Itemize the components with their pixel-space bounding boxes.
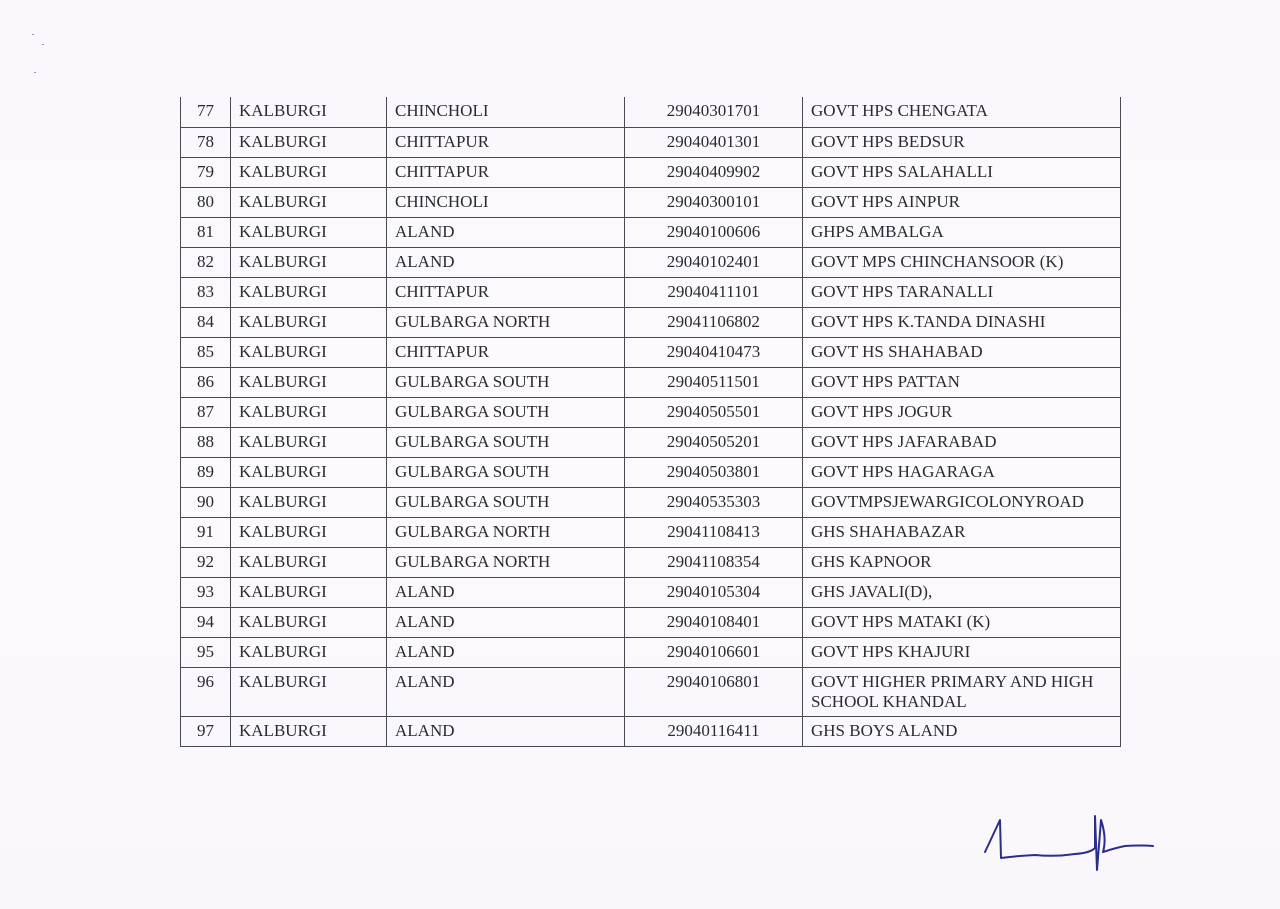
row-number: 89 bbox=[181, 457, 231, 487]
school-name-cell: GOVTMPSJEWARGICOLONYROAD bbox=[803, 487, 1121, 517]
school-name-cell: GHS KAPNOOR bbox=[803, 547, 1121, 577]
block-cell: GULBARGA NORTH bbox=[387, 517, 625, 547]
district-cell: KALBURGI bbox=[231, 307, 387, 337]
block-cell: CHITTAPUR bbox=[387, 337, 625, 367]
row-number: 93 bbox=[181, 577, 231, 607]
district-cell: KALBURGI bbox=[231, 217, 387, 247]
table-row: 90KALBURGIGULBARGA SOUTH29040535303GOVTM… bbox=[181, 487, 1121, 517]
school-name-cell: GOVT HIGHER PRIMARY AND HIGH SCHOOL KHAN… bbox=[803, 667, 1121, 716]
block-cell: GULBARGA SOUTH bbox=[387, 397, 625, 427]
table-row: 88KALBURGIGULBARGA SOUTH29040505201GOVT … bbox=[181, 427, 1121, 457]
row-number: 83 bbox=[181, 277, 231, 307]
table-row: 94KALBURGIALAND29040108401GOVT HPS MATAK… bbox=[181, 607, 1121, 637]
row-number: 81 bbox=[181, 217, 231, 247]
row-number: 91 bbox=[181, 517, 231, 547]
district-cell: KALBURGI bbox=[231, 517, 387, 547]
table-row: 95KALBURGIALAND29040106601GOVT HPS KHAJU… bbox=[181, 637, 1121, 667]
school-name-cell: GOVT HPS K.TANDA DINASHI bbox=[803, 307, 1121, 337]
block-cell: ALAND bbox=[387, 716, 625, 746]
row-number: 84 bbox=[181, 307, 231, 337]
udise-code-cell: 29040105304 bbox=[625, 577, 803, 607]
district-cell: KALBURGI bbox=[231, 457, 387, 487]
school-name-cell: GOVT HPS MATAKI (K) bbox=[803, 607, 1121, 637]
school-name-cell: GOVT HPS KHAJURI bbox=[803, 637, 1121, 667]
row-number: 87 bbox=[181, 397, 231, 427]
udise-code-cell: 29040511501 bbox=[625, 367, 803, 397]
school-name-cell: GOVT HS SHAHABAD bbox=[803, 337, 1121, 367]
udise-code-cell: 29040503801 bbox=[625, 457, 803, 487]
block-cell: CHINCHOLI bbox=[387, 97, 625, 127]
row-number: 96 bbox=[181, 667, 231, 716]
block-cell: CHITTAPUR bbox=[387, 277, 625, 307]
table-row: 96KALBURGIALAND29040106801GOVT HIGHER PR… bbox=[181, 667, 1121, 716]
block-cell: GULBARGA NORTH bbox=[387, 307, 625, 337]
district-cell: KALBURGI bbox=[231, 157, 387, 187]
district-cell: KALBURGI bbox=[231, 487, 387, 517]
school-name-cell: GOVT HPS AINPUR bbox=[803, 187, 1121, 217]
row-number: 94 bbox=[181, 607, 231, 637]
block-cell: ALAND bbox=[387, 607, 625, 637]
udise-code-cell: 29040102401 bbox=[625, 247, 803, 277]
school-name-cell: GHS SHAHABAZAR bbox=[803, 517, 1121, 547]
scanned-page: 77KALBURGICHINCHOLI29040301701GOVT HPS C… bbox=[0, 0, 1280, 909]
district-cell: KALBURGI bbox=[231, 367, 387, 397]
signature-icon bbox=[975, 812, 1155, 872]
udise-code-cell: 29040116411 bbox=[625, 716, 803, 746]
block-cell: ALAND bbox=[387, 247, 625, 277]
table-row: 86KALBURGIGULBARGA SOUTH29040511501GOVT … bbox=[181, 367, 1121, 397]
school-name-cell: GOVT HPS JOGUR bbox=[803, 397, 1121, 427]
udise-code-cell: 29040505501 bbox=[625, 397, 803, 427]
row-number: 90 bbox=[181, 487, 231, 517]
udise-code-cell: 29040401301 bbox=[625, 127, 803, 157]
block-cell: ALAND bbox=[387, 667, 625, 716]
school-name-cell: GOVT HPS JAFARABAD bbox=[803, 427, 1121, 457]
row-number: 79 bbox=[181, 157, 231, 187]
district-cell: KALBURGI bbox=[231, 277, 387, 307]
udise-code-cell: 29040410473 bbox=[625, 337, 803, 367]
district-cell: KALBURGI bbox=[231, 716, 387, 746]
udise-code-cell: 29040411101 bbox=[625, 277, 803, 307]
table-row: 87KALBURGIGULBARGA SOUTH29040505501GOVT … bbox=[181, 397, 1121, 427]
udise-code-cell: 29040108401 bbox=[625, 607, 803, 637]
row-number: 88 bbox=[181, 427, 231, 457]
school-name-cell: GOVT MPS CHINCHANSOOR (K) bbox=[803, 247, 1121, 277]
udise-code-cell: 29040106601 bbox=[625, 637, 803, 667]
district-cell: KALBURGI bbox=[231, 397, 387, 427]
table-row: 91KALBURGIGULBARGA NORTH29041108413GHS S… bbox=[181, 517, 1121, 547]
district-cell: KALBURGI bbox=[231, 187, 387, 217]
row-number: 95 bbox=[181, 637, 231, 667]
school-name-cell: GHPS AMBALGA bbox=[803, 217, 1121, 247]
udise-code-cell: 29041108354 bbox=[625, 547, 803, 577]
district-cell: KALBURGI bbox=[231, 247, 387, 277]
udise-code-cell: 29040535303 bbox=[625, 487, 803, 517]
block-cell: GULBARGA SOUTH bbox=[387, 457, 625, 487]
udise-code-cell: 29040505201 bbox=[625, 427, 803, 457]
row-number: 78 bbox=[181, 127, 231, 157]
block-cell: GULBARGA SOUTH bbox=[387, 367, 625, 397]
table-row: 81KALBURGIALAND29040100606GHPS AMBALGA bbox=[181, 217, 1121, 247]
school-name-cell: GHS JAVALI(D), bbox=[803, 577, 1121, 607]
block-cell: ALAND bbox=[387, 217, 625, 247]
table-row: 80KALBURGICHINCHOLI29040300101GOVT HPS A… bbox=[181, 187, 1121, 217]
block-cell: CHINCHOLI bbox=[387, 187, 625, 217]
school-table: 77KALBURGICHINCHOLI29040301701GOVT HPS C… bbox=[180, 97, 1121, 747]
table-row: 78KALBURGICHITTAPUR29040401301GOVT HPS B… bbox=[181, 127, 1121, 157]
block-cell: GULBARGA NORTH bbox=[387, 547, 625, 577]
school-name-cell: GOVT HPS SALAHALLI bbox=[803, 157, 1121, 187]
udise-code-cell: 29040409902 bbox=[625, 157, 803, 187]
block-cell: ALAND bbox=[387, 577, 625, 607]
udise-code-cell: 29040106801 bbox=[625, 667, 803, 716]
udise-code-cell: 29041106802 bbox=[625, 307, 803, 337]
udise-code-cell: 29040301701 bbox=[625, 97, 803, 127]
scan-specks bbox=[28, 28, 58, 88]
table-row: 85KALBURGICHITTAPUR29040410473GOVT HS SH… bbox=[181, 337, 1121, 367]
table-row: 82KALBURGIALAND29040102401GOVT MPS CHINC… bbox=[181, 247, 1121, 277]
block-cell: CHITTAPUR bbox=[387, 127, 625, 157]
school-name-cell: GOVT HPS CHENGATA bbox=[803, 97, 1121, 127]
district-cell: KALBURGI bbox=[231, 667, 387, 716]
school-name-cell: GOVT HPS HAGARAGA bbox=[803, 457, 1121, 487]
row-number: 86 bbox=[181, 367, 231, 397]
school-name-cell: GOVT HPS BEDSUR bbox=[803, 127, 1121, 157]
district-cell: KALBURGI bbox=[231, 577, 387, 607]
school-name-cell: GOVT HPS TARANALLI bbox=[803, 277, 1121, 307]
table-row: 89KALBURGIGULBARGA SOUTH29040503801GOVT … bbox=[181, 457, 1121, 487]
school-name-cell: GHS BOYS ALAND bbox=[803, 716, 1121, 746]
block-cell: CHITTAPUR bbox=[387, 157, 625, 187]
district-cell: KALBURGI bbox=[231, 127, 387, 157]
table-row: 93KALBURGIALAND29040105304GHS JAVALI(D), bbox=[181, 577, 1121, 607]
table-row: 79KALBURGICHITTAPUR29040409902GOVT HPS S… bbox=[181, 157, 1121, 187]
table-row: 83KALBURGICHITTAPUR29040411101GOVT HPS T… bbox=[181, 277, 1121, 307]
district-cell: KALBURGI bbox=[231, 97, 387, 127]
district-cell: KALBURGI bbox=[231, 607, 387, 637]
udise-code-cell: 29041108413 bbox=[625, 517, 803, 547]
udise-code-cell: 29040100606 bbox=[625, 217, 803, 247]
block-cell: ALAND bbox=[387, 637, 625, 667]
block-cell: GULBARGA SOUTH bbox=[387, 487, 625, 517]
school-name-cell: GOVT HPS PATTAN bbox=[803, 367, 1121, 397]
district-cell: KALBURGI bbox=[231, 547, 387, 577]
district-cell: KALBURGI bbox=[231, 337, 387, 367]
row-number: 92 bbox=[181, 547, 231, 577]
table-row: 97KALBURGIALAND29040116411GHS BOYS ALAND bbox=[181, 716, 1121, 746]
district-cell: KALBURGI bbox=[231, 637, 387, 667]
table-row: 92KALBURGIGULBARGA NORTH29041108354GHS K… bbox=[181, 547, 1121, 577]
row-number: 85 bbox=[181, 337, 231, 367]
row-number: 82 bbox=[181, 247, 231, 277]
row-number: 77 bbox=[181, 97, 231, 127]
table-row: 84KALBURGIGULBARGA NORTH29041106802GOVT … bbox=[181, 307, 1121, 337]
udise-code-cell: 29040300101 bbox=[625, 187, 803, 217]
district-cell: KALBURGI bbox=[231, 427, 387, 457]
table-row: 77KALBURGICHINCHOLI29040301701GOVT HPS C… bbox=[181, 97, 1121, 127]
block-cell: GULBARGA SOUTH bbox=[387, 427, 625, 457]
row-number: 97 bbox=[181, 716, 231, 746]
row-number: 80 bbox=[181, 187, 231, 217]
